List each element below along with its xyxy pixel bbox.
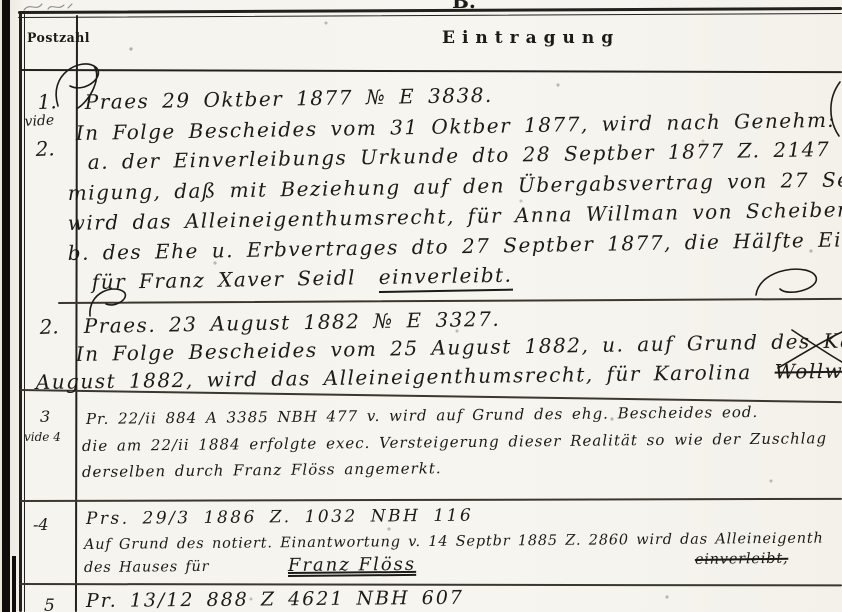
entry3-line: die am 22/ii 1884 erfolgte exec. Verstei… bbox=[82, 429, 827, 455]
entry2-closing-prefix: August 1882, wird das Alleineigenthumsre… bbox=[36, 360, 752, 394]
scan-noise bbox=[0, 0, 2, 2]
table-left-border-inner bbox=[24, 14, 25, 612]
entry1-number: 1. bbox=[37, 89, 57, 114]
eintragung-header-label: Eintragung bbox=[442, 28, 620, 48]
entry3-vide-note: vide 4 bbox=[24, 430, 61, 444]
entry5-line: Pr. 13/12 888 Z 4621 NBH 607 bbox=[86, 587, 464, 612]
entry1-vide-note: vide bbox=[24, 112, 54, 130]
flourish-loop-right bbox=[752, 263, 824, 299]
entry2-number: 2. bbox=[39, 314, 59, 339]
entry4-struck-word: einverleibt, bbox=[695, 551, 789, 568]
entry2-struck-name: Wollweger bbox=[774, 358, 842, 384]
entry3-number: 3 bbox=[40, 407, 50, 426]
entry1-line: Praes 29 Oktber 1877 № E 3838. bbox=[85, 83, 493, 114]
table-top-border-inner bbox=[18, 13, 842, 18]
register-page-scan: B. Postzahl Eintragung 1. vide 2. Praes … bbox=[0, 0, 842, 612]
entry4-line: Auf Grund des notiert. Einantwortung v. … bbox=[84, 531, 824, 553]
entry1-underlined-word: einverleibt. bbox=[379, 263, 513, 293]
entry2-line: Praes. 23 August 1882 № E 3327. bbox=[84, 307, 501, 338]
row-separator-3 bbox=[20, 498, 842, 502]
table-left-border-outer bbox=[19, 12, 22, 612]
entry4-number: -4 bbox=[33, 515, 49, 534]
postzahl-header-label: Postzahl bbox=[27, 31, 90, 46]
entry1-vide-target: 2. bbox=[35, 136, 55, 161]
entry1-closing-prefix: für Franz Xaver Seidl bbox=[92, 265, 357, 294]
entry3-line: derselben durch Franz Flöss angemerkt. bbox=[82, 459, 442, 481]
row-separator-1 bbox=[58, 298, 842, 304]
entry5-number: 5 bbox=[44, 596, 55, 612]
entry1-closing-line: für Franz Xaver Seidl einverleibt. bbox=[92, 263, 513, 294]
binding-edge-bottom bbox=[12, 556, 16, 612]
entry4-closing-prefix: des Hauses für bbox=[84, 559, 210, 576]
entry4-line: Prs. 29/3 1886 Z. 1032 NBH 116 bbox=[86, 506, 474, 529]
entry3-line: Pr. 22/ii 884 A 3385 NBH 477 v. wird auf… bbox=[86, 403, 758, 428]
header-bottom-rule bbox=[19, 69, 842, 73]
entry4-grantee-name: Franz Flöss bbox=[288, 554, 416, 576]
binding-edge bbox=[2, 0, 10, 612]
